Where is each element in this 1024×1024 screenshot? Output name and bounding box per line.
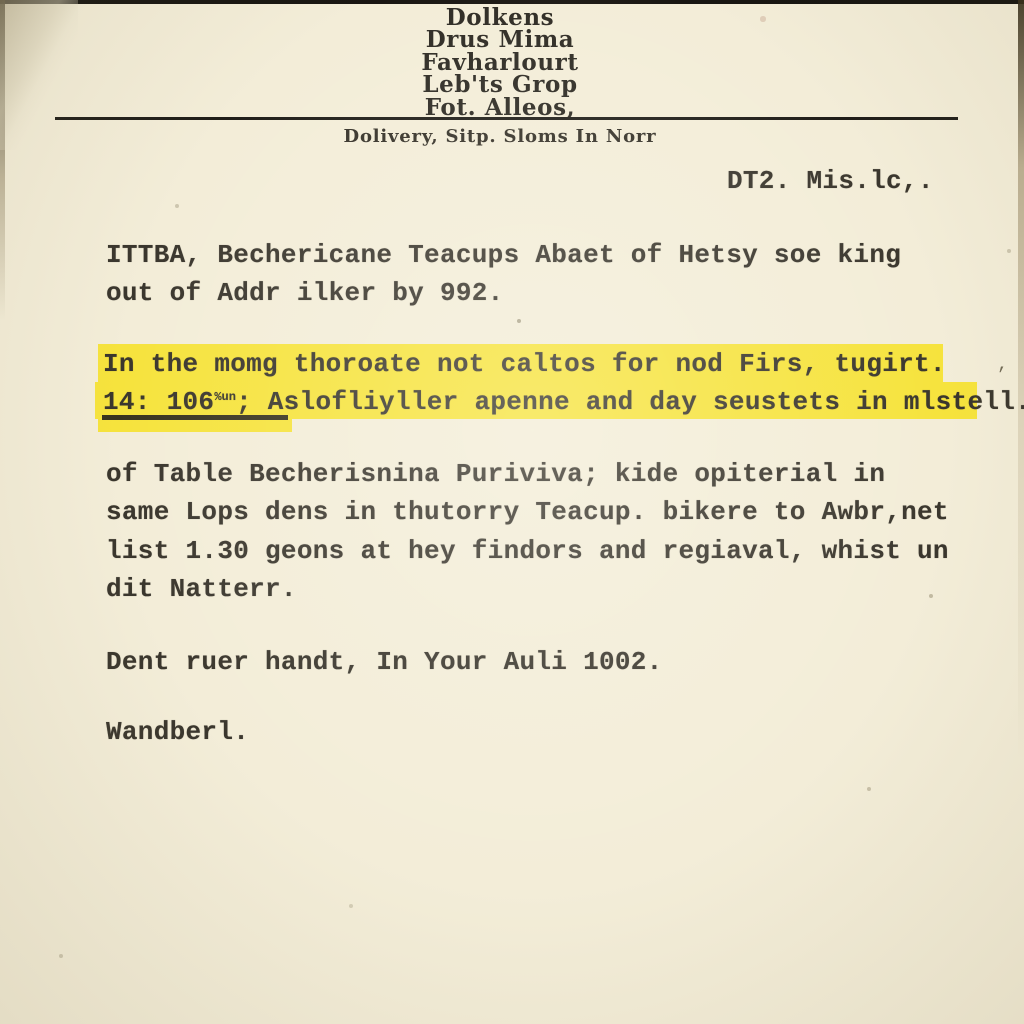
highlight-band	[98, 419, 292, 432]
paper-speckles	[0, 0, 2, 2]
letterhead-rule	[55, 117, 958, 120]
paragraph-2-line-2: same Lops dens in thutorry Teacup. biker…	[106, 497, 949, 527]
paragraph-2-line-1: of Table Becherisnina Puriviva; kide opi…	[106, 459, 885, 489]
paragraph-2-line-4: dit Natterr.	[106, 574, 297, 604]
paragraph-2-line-3: list 1.30 geons at hey findors and regia…	[106, 536, 949, 566]
highlighted-line-1: In the momg thoroate not caltos for nod …	[103, 349, 946, 379]
highlighted-line-2-prefix: 14: 106	[103, 387, 214, 417]
highlighted-line-2-suffix: ; Aslofliyller apenne and day seustets i…	[236, 387, 1024, 417]
letterhead-line: Fot. Alleos,	[0, 97, 1000, 119]
letterhead: Dolkens Drus Mima Favharlourt Leb'ts Gro…	[0, 7, 1000, 119]
letterhead-tagline: Dolivery, Sitp. Sloms In Norr	[0, 126, 1000, 147]
scanned-letter-page: Dolkens Drus Mima Favharlourt Leb'ts Gro…	[0, 0, 1024, 1024]
paragraph-1-line-1: ITTBA, Bechericane Teacups Abaet of Hets…	[106, 240, 901, 270]
closing-line: Dent ruer handt, In Your Auli 1002.	[106, 647, 663, 677]
highlighted-line-2: 14: 106%un; Aslofliyller apenne and day …	[103, 387, 1024, 417]
paragraph-1-line-2: out of Addr ilker by 992.	[106, 278, 504, 308]
reference-line: DT2. Mis.lc,.	[727, 166, 934, 196]
scan-edge-right	[1018, 0, 1024, 760]
signature-line: Wandberl.	[106, 717, 249, 747]
stray-ink-mark: ’	[996, 366, 1007, 386]
highlighted-line-2-superscript: %un	[214, 390, 236, 404]
